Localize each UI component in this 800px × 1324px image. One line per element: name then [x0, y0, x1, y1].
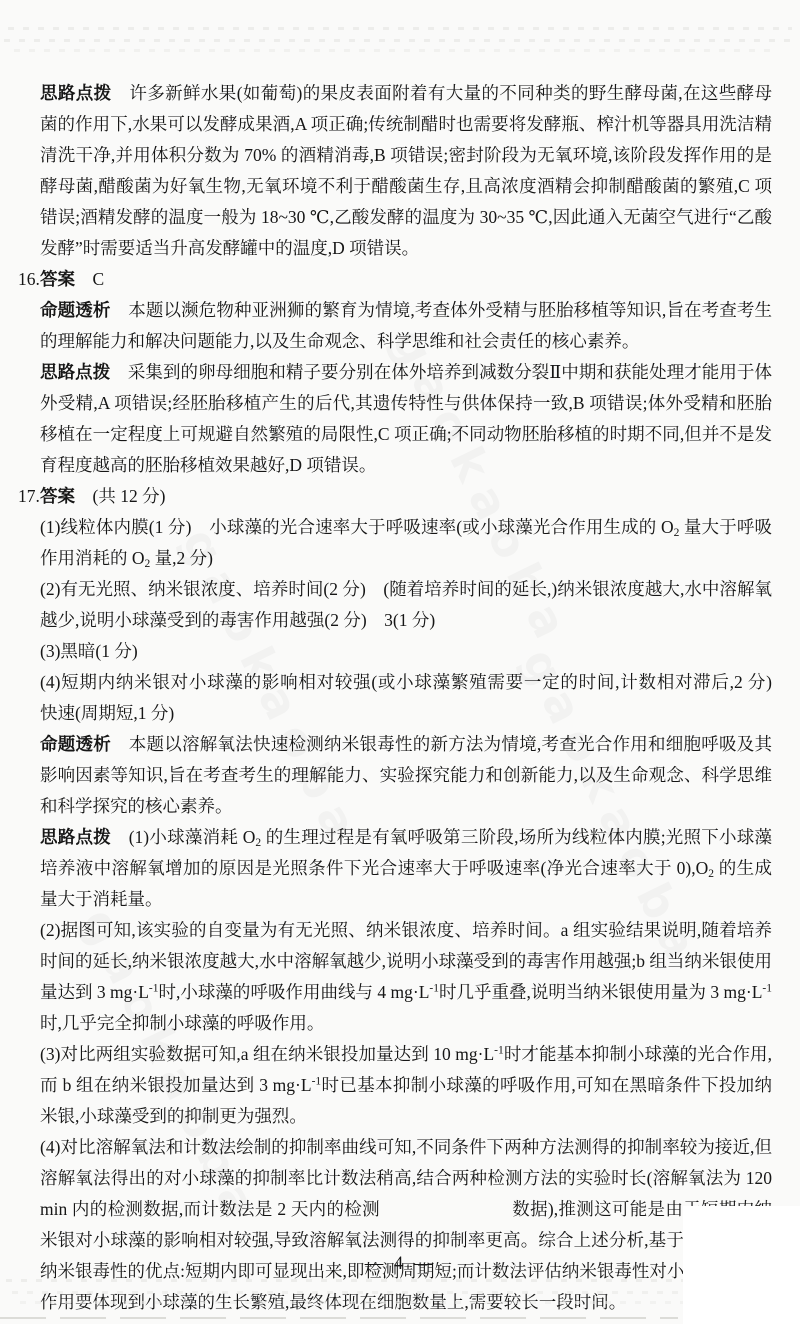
text-run: (3)对比两组实验数据可知,a 组在纳米银投加量达到 10 mg·L — [40, 1044, 494, 1064]
analysis-paragraph-17-1: 命题透析 本题以溶解氧法快速检测纳米银毒性的新方法为情境,考查光合作用和细胞呼吸… — [40, 729, 772, 822]
section-label: 答案 — [40, 269, 75, 289]
section-label: 思路点拨 — [40, 827, 111, 847]
section-label: 答案 — [40, 486, 75, 506]
text-run: (3)黑暗(1 分) — [40, 641, 138, 661]
text-run: (共 12 分) — [75, 486, 165, 506]
analysis-paragraph-17-2: 思路点拨 (1)小球藻消耗 O2 的生理过程是有氧呼吸第三阶段,场所为线粒体内膜… — [40, 822, 772, 915]
scan-noise-top — [8, 27, 792, 30]
analysis-paragraph-16-2: 思路点拨 采集到的卵母细胞和精子要分别在体外培养到减数分裂Ⅱ中期和获能处理才能用… — [40, 357, 772, 481]
text-run: -1 — [429, 983, 439, 995]
document-body: 思路点拨 许多新鲜水果(如葡萄)的果皮表面附着有大量的不同种类的野生酵母菌,在这… — [40, 78, 772, 1318]
text-run: 许多新鲜水果(如葡萄)的果皮表面附着有大量的不同种类的野生酵母菌,在这些酵母菌的… — [40, 83, 772, 258]
text-run: (2)有无光照、纳米银浓度、培养时间(2 分) (随着培养时间的延长,)纳米银浓… — [40, 579, 772, 630]
answer-item-16: 16.答案 C — [40, 264, 772, 295]
text-run: (1)线粒体内膜(1 分) 小球藻的光合速率大于呼吸速率(或小球藻光合作用生成的… — [40, 517, 674, 537]
text-run: (1)小球藻消耗 O — [111, 827, 255, 847]
item-number: 16. — [18, 264, 40, 295]
answer-17-part1: (1)线粒体内膜(1 分) 小球藻的光合速率大于呼吸速率(或小球藻光合作用生成的… — [40, 512, 772, 574]
answer-item-17: 17.答案 (共 12 分) — [40, 481, 772, 512]
text-run: 量,2 分) — [150, 548, 213, 568]
section-label: 思路点拨 — [40, 83, 112, 103]
answer-17-part4: (4)短期内纳米银对小球藻的影响相对较强(或小球藻繁殖需要一定的时间,计数相对滞… — [40, 667, 772, 729]
text-run: 时几乎重叠,说明当纳米银使用量为 3 mg·L — [439, 982, 762, 1002]
text-run: 时,几乎完全抑制小球藻的呼吸作用。 — [40, 1013, 324, 1033]
text-run: C — [75, 269, 104, 289]
page-number: — 4 — — [0, 1254, 800, 1275]
item-number: 17. — [18, 481, 40, 512]
scan-edge-patch — [683, 1206, 800, 1324]
scan-noise-top — [4, 39, 794, 42]
text-run: -1 — [762, 983, 772, 995]
text-run: -1 — [312, 1076, 322, 1088]
scan-bottom-line — [0, 1317, 678, 1319]
text-run: (4)短期内纳米银对小球藻的影响相对较强(或小球藻繁殖需要一定的时间,计数相对滞… — [40, 672, 790, 723]
answer-17-part2: (2)有无光照、纳米银浓度、培养时间(2 分) (随着培养时间的延长,)纳米银浓… — [40, 574, 772, 636]
blank-gap — [380, 1214, 512, 1215]
text-run: 时,小球藻的呼吸作用曲线与 4 mg·L — [159, 982, 430, 1002]
scan-noise-top — [14, 49, 774, 52]
text-run: -1 — [494, 1045, 504, 1057]
text-run: 本题以濒危物种亚洲狮的繁育为情境,考查体外受精与胚胎移植等知识,旨在考查考生的理… — [40, 300, 772, 351]
scan-noise-bottom — [20, 1301, 720, 1304]
section-label: 命题透析 — [40, 300, 111, 320]
text-run: 本题以溶解氧法快速检测纳米银毒性的新方法为情境,考查光合作用和细胞呼吸及其影响因… — [40, 734, 772, 816]
section-label: 命题透析 — [40, 734, 111, 754]
text-run: 采集到的卵母细胞和精子要分别在体外培养到减数分裂Ⅱ中期和获能处理才能用于体外受精… — [40, 362, 772, 475]
analysis-paragraph-16-1: 命题透析 本题以濒危物种亚洲狮的繁育为情境,考查体外受精与胚胎移植等知识,旨在考… — [40, 295, 772, 357]
scan-noise-bottom — [12, 1291, 772, 1294]
scanned-answer-page: gaokaobagaokaobagaokaobagaokaoba 思路点拨 许多… — [0, 0, 800, 1324]
text-run: -1 — [149, 983, 159, 995]
answer-17-part3: (3)黑暗(1 分) — [40, 636, 772, 667]
scan-noise-bottom — [6, 1279, 776, 1282]
analysis-paragraph-17-4: (3)对比两组实验数据可知,a 组在纳米银投加量达到 10 mg·L-1时才能基… — [40, 1039, 772, 1132]
analysis-paragraph-15: 思路点拨 许多新鲜水果(如葡萄)的果皮表面附着有大量的不同种类的野生酵母菌,在这… — [40, 78, 772, 264]
section-label: 思路点拨 — [40, 362, 110, 382]
analysis-paragraph-17-3: (2)据图可知,该实验的自变量为有无光照、纳米银浓度、培养时间。a 组实验结果说… — [40, 915, 772, 1039]
